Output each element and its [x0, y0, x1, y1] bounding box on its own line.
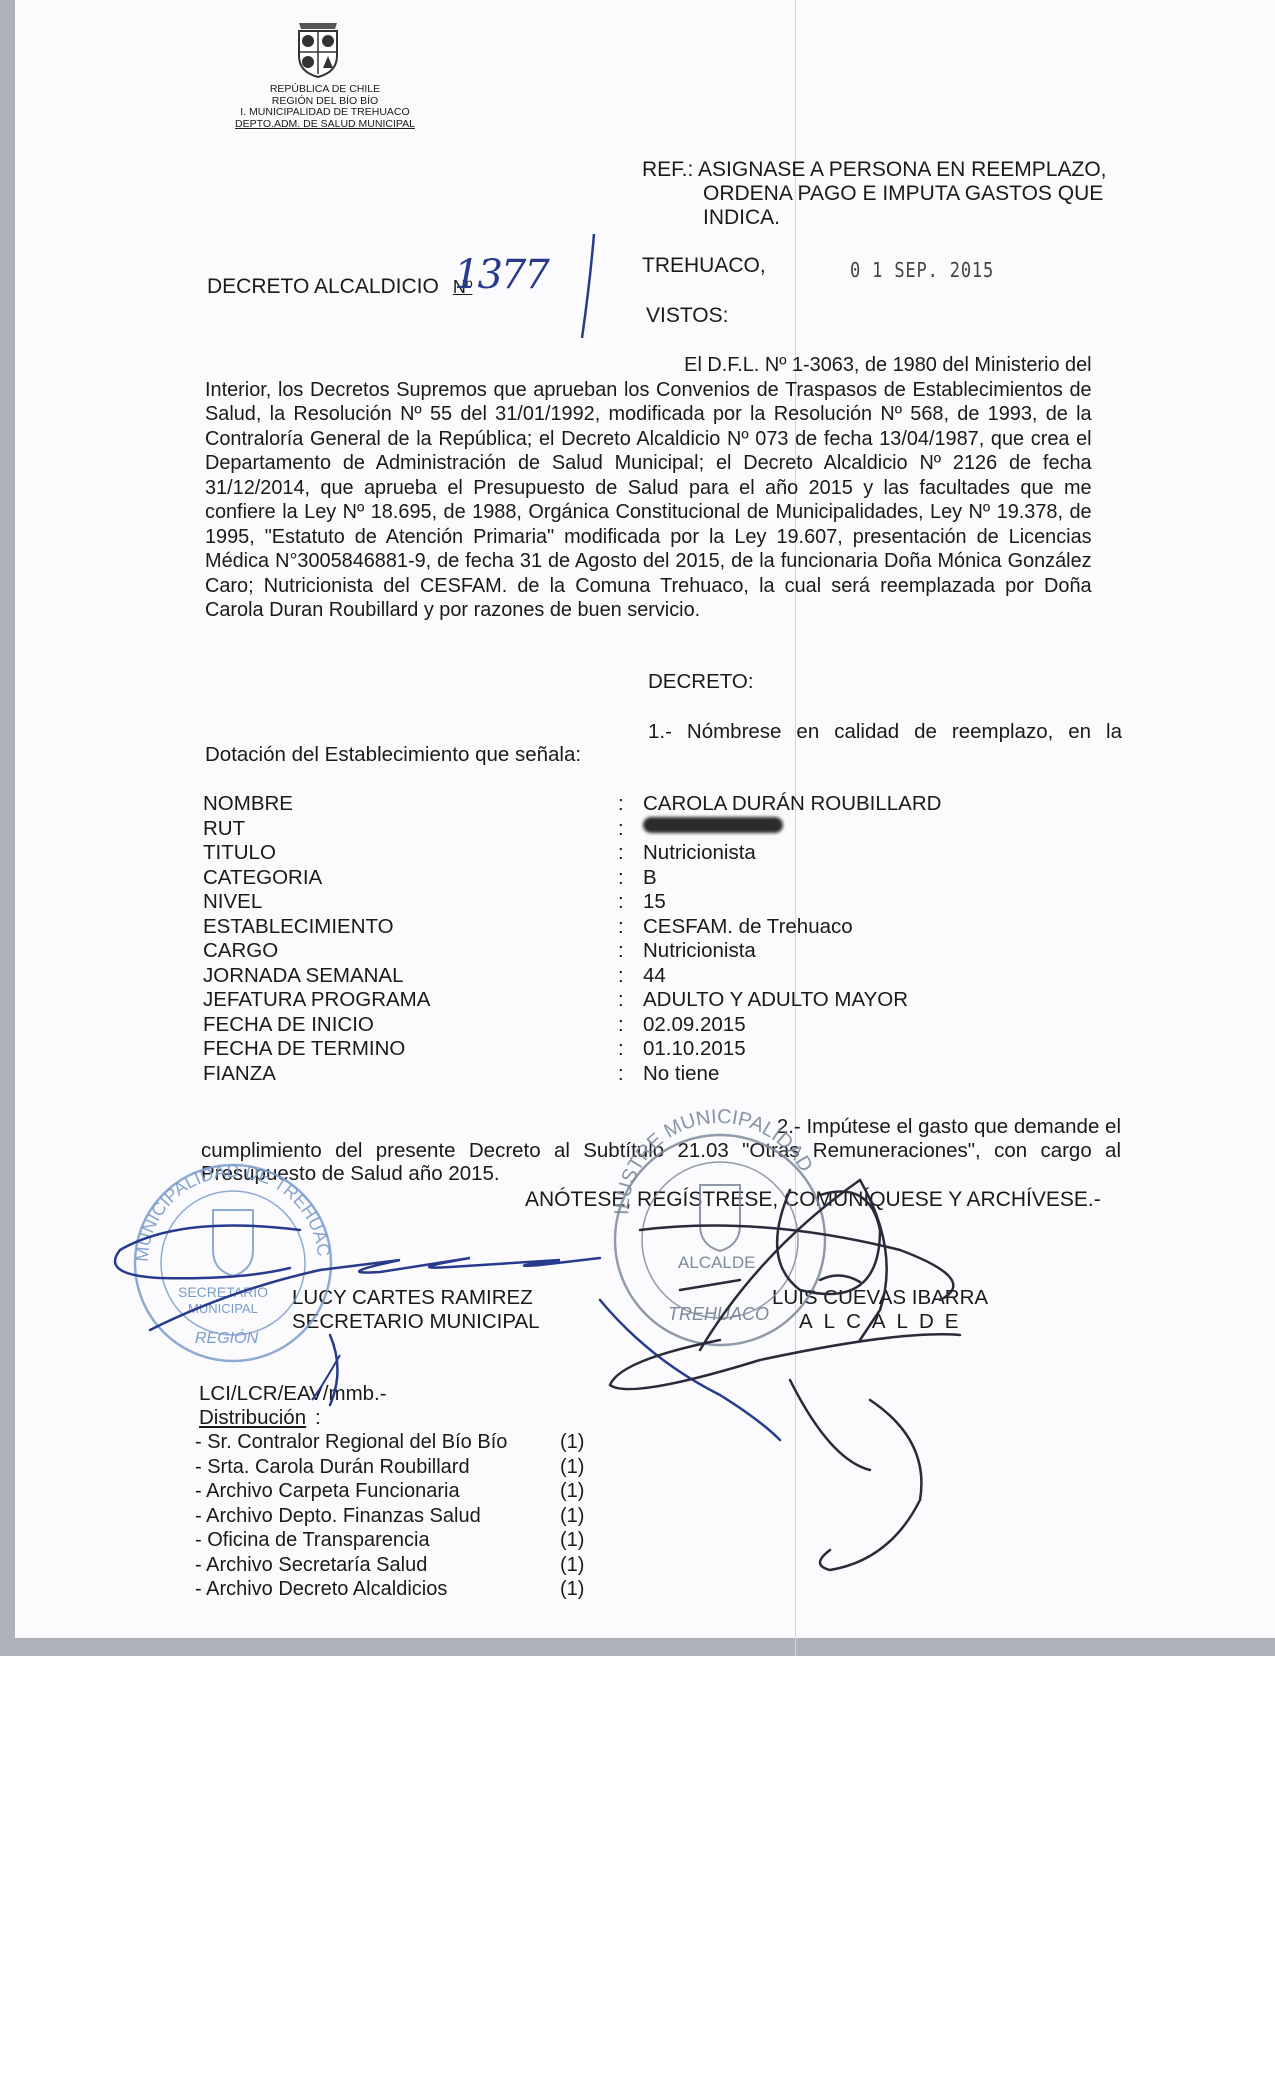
field-value: Nutricionista [643, 841, 756, 866]
field-label: NOMBRE [203, 792, 618, 817]
field-label: JORNADA SEMANAL [203, 964, 618, 989]
distribution-recipient: - Archivo Decreto Alcaldicios [195, 1577, 560, 1602]
field-row: CATEGORIA:B [203, 866, 941, 891]
distribution-title: Distribución [199, 1406, 306, 1430]
list-item: - Archivo Depto. Finanzas Salud(1) [195, 1504, 584, 1529]
appointment-fields: NOMBRE:CAROLA DURÁN ROUBILLARD RUT: TITU… [203, 792, 941, 1086]
field-value: CESFAM. de Trehuaco [643, 915, 853, 940]
field-separator: : [618, 964, 643, 989]
pen-stroke-icon [578, 232, 598, 342]
field-separator: : [618, 988, 643, 1013]
distribution-count: (1) [560, 1528, 584, 1553]
item-1-first-line: 1.- Nómbrese en calidad de reemplazo, en… [648, 720, 1122, 744]
field-row: TITULO:Nutricionista [203, 841, 941, 866]
field-value: 01.10.2015 [643, 1037, 746, 1062]
reference-line-3: INDICA. [642, 206, 1106, 230]
field-separator: : [618, 890, 643, 915]
field-value: Nutricionista [643, 939, 756, 964]
closing-formula: ANÓTESE, REGÍSTRESE, COMUNÍQUESE Y ARCHÍ… [525, 1188, 1101, 1212]
field-label: FECHA DE INICIO [203, 1013, 618, 1038]
field-row: FECHA DE INICIO:02.09.2015 [203, 1013, 941, 1038]
initials: LCI/LCR/EAV/mmb.- [199, 1382, 387, 1406]
list-item: - Oficina de Transparencia(1) [195, 1528, 584, 1553]
field-row: JEFATURA PROGRAMA:ADULTO Y ADULTO MAYOR [203, 988, 941, 1013]
field-value: ADULTO Y ADULTO MAYOR [643, 988, 908, 1013]
distribution-colon: : [315, 1406, 321, 1430]
vistos-paragraph: El D.F.L. Nº 1-3063, de 1980 del Ministe… [205, 353, 1092, 623]
field-label: JEFATURA PROGRAMA [203, 988, 618, 1013]
item-2-paragraph: 2.- Impútese el gasto que demande el cum… [201, 1115, 1121, 1186]
item-2-first-line: 2.- Impútese el gasto que demande el [201, 1115, 1121, 1139]
vistos-heading: VISTOS: [646, 304, 728, 328]
field-separator: : [618, 1037, 643, 1062]
field-value: B [643, 866, 657, 891]
field-row: JORNADA SEMANAL:44 [203, 964, 941, 989]
redacted-rut [643, 817, 783, 833]
field-row: ESTABLECIMIENTO:CESFAM. de Trehuaco [203, 915, 941, 940]
distribution-count: (1) [560, 1553, 584, 1578]
decree-number-label: DECRETO ALCALDICIONº [207, 275, 472, 299]
mayor-signature-block: LUIS CUEVAS IBARRA ALCALDE [772, 1286, 988, 1334]
field-label: FIANZA [203, 1062, 618, 1087]
field-label: CATEGORIA [203, 866, 618, 891]
letterhead: REPÚBLICA DE CHILE REGIÓN DEL BÍO BÍO I.… [200, 84, 450, 130]
date-stamp: 0 1 SEP. 2015 [850, 258, 994, 282]
field-label: CARGO [203, 939, 618, 964]
reference-line-1: REF.: ASIGNASE A PERSONA EN REEMPLAZO, [642, 158, 1106, 181]
list-item: - Sr. Contralor Regional del Bío Bío(1) [195, 1430, 584, 1455]
vistos-first-line: El D.F.L. Nº 1-3063, de 1980 del Ministe… [205, 353, 1092, 378]
mayor-name: LUIS CUEVAS IBARRA [772, 1286, 988, 1310]
field-row: CARGO:Nutricionista [203, 939, 941, 964]
field-separator: : [618, 1013, 643, 1038]
distribution-list: - Sr. Contralor Regional del Bío Bío(1) … [195, 1430, 584, 1602]
field-value: 02.09.2015 [643, 1013, 746, 1038]
municipal-crest-icon [293, 20, 343, 78]
decree-label: DECRETO ALCALDICIO [207, 275, 439, 298]
place: TREHUACO, [642, 254, 766, 278]
distribution-count: (1) [560, 1577, 584, 1602]
field-separator: : [618, 792, 643, 817]
field-label: ESTABLECIMIENTO [203, 915, 618, 940]
letterhead-municipality: I. MUNICIPALIDAD DE TREHUACO [200, 107, 450, 119]
distribution-recipient: - Archivo Depto. Finanzas Salud [195, 1504, 560, 1529]
item-2-body: cumplimiento del presente Decreto al Sub… [201, 1139, 1121, 1186]
list-item: - Srta. Carola Durán Roubillard(1) [195, 1455, 584, 1480]
distribution-count: (1) [560, 1479, 584, 1504]
distribution-count: (1) [560, 1504, 584, 1529]
field-label: RUT [203, 817, 618, 842]
vistos-body: Interior, los Decretos Supremos que apru… [205, 378, 1092, 623]
distribution-recipient: - Sr. Contralor Regional del Bío Bío [195, 1430, 560, 1455]
list-item: - Archivo Secretaría Salud(1) [195, 1553, 584, 1578]
secretary-name: LUCY CARTES RAMIREZ [292, 1286, 540, 1310]
field-separator: : [618, 939, 643, 964]
distribution-recipient: - Oficina de Transparencia [195, 1528, 560, 1553]
field-label: TITULO [203, 841, 618, 866]
field-separator: : [618, 915, 643, 940]
field-row: FECHA DE TERMINO:01.10.2015 [203, 1037, 941, 1062]
field-value: No tiene [643, 1062, 719, 1087]
field-separator: : [618, 866, 643, 891]
secretary-signature-block: LUCY CARTES RAMIREZ SECRETARIO MUNICIPAL [292, 1286, 540, 1334]
item-1-rest: Dotación del Establecimiento que señala: [205, 743, 581, 767]
distribution-count: (1) [560, 1455, 584, 1480]
distribution-recipient: - Srta. Carola Durán Roubillard [195, 1455, 560, 1480]
field-row: RUT: [203, 817, 941, 842]
decreto-heading: DECRETO: [648, 670, 754, 694]
field-value: 44 [643, 964, 666, 989]
field-separator: : [618, 841, 643, 866]
distribution-recipient: - Archivo Carpeta Funcionaria [195, 1479, 560, 1504]
list-item: - Archivo Decreto Alcaldicios(1) [195, 1577, 584, 1602]
mayor-title: ALCALDE [772, 1310, 988, 1334]
field-value: CAROLA DURÁN ROUBILLARD [643, 792, 941, 817]
field-row: NOMBRE:CAROLA DURÁN ROUBILLARD [203, 792, 941, 817]
field-value: 15 [643, 890, 666, 915]
distribution-recipient: - Archivo Secretaría Salud [195, 1553, 560, 1578]
distribution-count: (1) [560, 1430, 584, 1455]
field-label: NIVEL [203, 890, 618, 915]
reference-block: REF.: ASIGNASE A PERSONA EN REEMPLAZO, O… [642, 158, 1106, 230]
decree-number-handwritten: 1377 [454, 252, 548, 298]
field-separator: : [618, 817, 643, 842]
secretary-title: SECRETARIO MUNICIPAL [292, 1310, 540, 1334]
field-row: FIANZA:No tiene [203, 1062, 941, 1087]
reference-line-2: ORDENA PAGO E IMPUTA GASTOS QUE [642, 182, 1106, 206]
field-row: NIVEL:15 [203, 890, 941, 915]
field-separator: : [618, 1062, 643, 1087]
distribution-title-text: Distribución [199, 1406, 306, 1429]
field-label: FECHA DE TERMINO [203, 1037, 618, 1062]
letterhead-department: DEPTO.ADM. DE SALUD MUNICIPAL [200, 119, 450, 131]
letterhead-country: REPÚBLICA DE CHILE [200, 84, 450, 96]
list-item: - Archivo Carpeta Funcionaria(1) [195, 1479, 584, 1504]
